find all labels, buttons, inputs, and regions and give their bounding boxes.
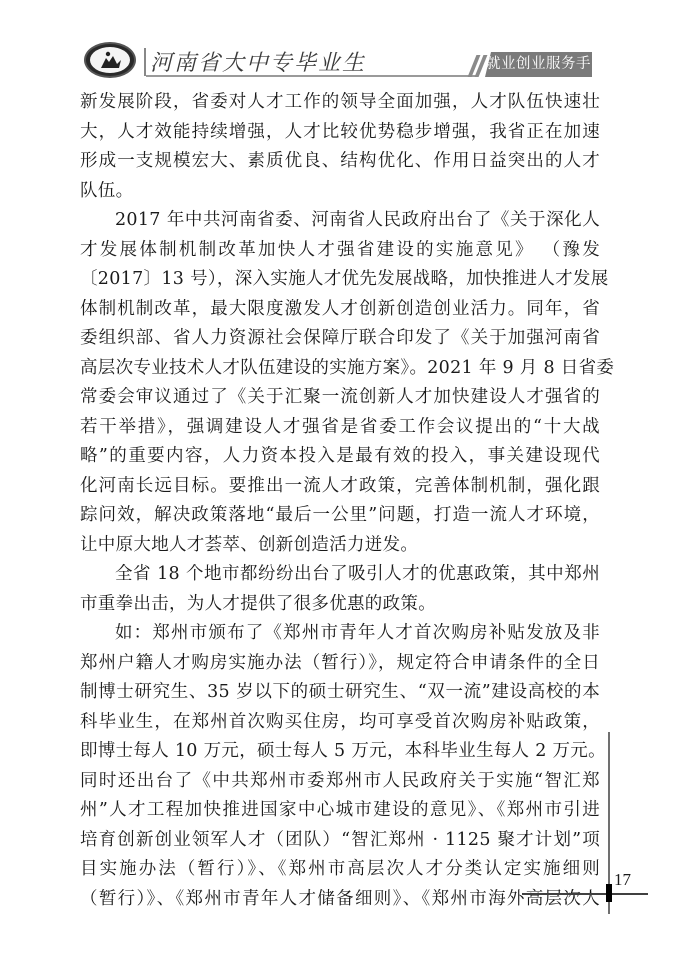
text-line: 常委会审议通过了《关于汇聚一流创新人才加快建设人才强省的 [80,383,600,413]
text-line: 踪问效，解决政策落地“最后一公里”问题，打造一流人才环境， [80,501,600,531]
text-line: 化河南长远目标。要推出一流人才政策，完善体制机制，强化跟 [80,472,600,502]
text-line: 如：郑州市颁布了《郑州市青年人才首次购房补贴发放及非 [80,619,600,649]
text-line: （暂行）》、《郑州市青年人才储备细则》、《郑州市海外高层次人 [80,885,600,915]
text-line: 若干举措》，强调建设人才强省是省委工作会议提出的“十大战 [80,413,600,443]
paragraph: 新发展阶段，省委对人才工作的领导全面加强，人才队伍快速壮 大，人才效能持续增强，… [80,88,600,206]
book-series-title: 河南省大中专毕业生 [150,46,366,77]
text-line: 即博士每人 10 万元，硕士每人 5 万元，本科毕业生每人 2 万元。 [80,737,600,767]
text-line: 才发展体制机制改革加快人才强省建设的实施意见》 （豫发 [80,236,600,266]
margin-rule-horizontal [522,893,648,895]
text-line: 队伍。 [80,177,600,207]
header-rule [146,75,476,77]
text-line: 高层次专业技术人才队伍建设的实施方案》。2021 年 9 月 8 日省委 [80,354,600,384]
text-line: 体制机制改革，最大限度激发人才创新创造创业活力。同年，省 [80,295,600,325]
page-body: 新发展阶段，省委对人才工作的领导全面加强，人才队伍快速壮 大，人才效能持续增强，… [80,88,600,914]
text-line: 郑州户籍人才购房实施办法（暂行）》，规定符合申请条件的全日 [80,649,600,679]
text-line: 略”的重要内容，人力资本投入是最有效的投入，事关建设现代 [80,442,600,472]
text-line: 〔2017〕13 号），深入实施人才优先发展战略，加快推进人才发展 [80,265,600,295]
text-line: 市重拳出击，为人才提供了很多优惠的政策。 [80,590,600,620]
text-line: 州”人才工程加快推进国家中心城市建设的意见》、《郑州市引进 [80,796,600,826]
paragraph: 2017 年中共河南省委、河南省人民政府出台了《关于深化人 才发展体制机制改革加… [80,206,600,560]
text-line: 全省 18 个地市都纷纷出台了吸引人才的优惠政策，其中郑州 [80,560,600,590]
text-line: 制博士研究生、35 岁以下的硕士研究生、“双一流”建设高校的本 [80,678,600,708]
text-line: 委组织部、省人力资源社会保障厅联合印发了《关于加强河南省 [80,324,600,354]
text-line: 目实施办法（暂行）》、《郑州市高层次人才分类认定实施细则 [80,855,600,885]
text-line: 同时还出台了《中共郑州市委郑州市人民政府关于实施“智汇郑 [80,767,600,797]
text-line: 形成一支规模宏大、素质优良、结构优化、作用日益突出的人才 [80,147,600,177]
page-marker-icon [606,884,612,902]
text-line: 科毕业生，在郑州首次购买住房，均可享受首次购房补贴政策， [80,708,600,738]
text-line: 2017 年中共河南省委、河南省人民政府出台了《关于深化人 [80,206,600,236]
page-header: 河南省大中专毕业生 就业创业服务手册 [0,0,679,90]
title-divider [144,48,146,76]
university-emblem-icon [84,42,136,78]
page-number: 17 [614,870,631,890]
text-line: 大，人才效能持续增强，人才比较优势稳步增强，我省正在加速 [80,118,600,148]
paragraph: 全省 18 个地市都纷纷出台了吸引人才的优惠政策，其中郑州 市重拳出击，为人才提… [80,560,600,619]
handbook-title-badge: 就业创业服务手册 [485,52,592,77]
text-line: 新发展阶段，省委对人才工作的领导全面加强，人才队伍快速壮 [80,88,600,118]
text-line: 让中原大地人才荟萃、创新创造活力迸发。 [80,531,600,561]
paragraph: 如：郑州市颁布了《郑州市青年人才首次购房补贴发放及非 郑州户籍人才购房实施办法（… [80,619,600,914]
text-line: 培育创新创业领军人才（团队）“智汇郑州 · 1125 聚才计划”项 [80,826,600,856]
